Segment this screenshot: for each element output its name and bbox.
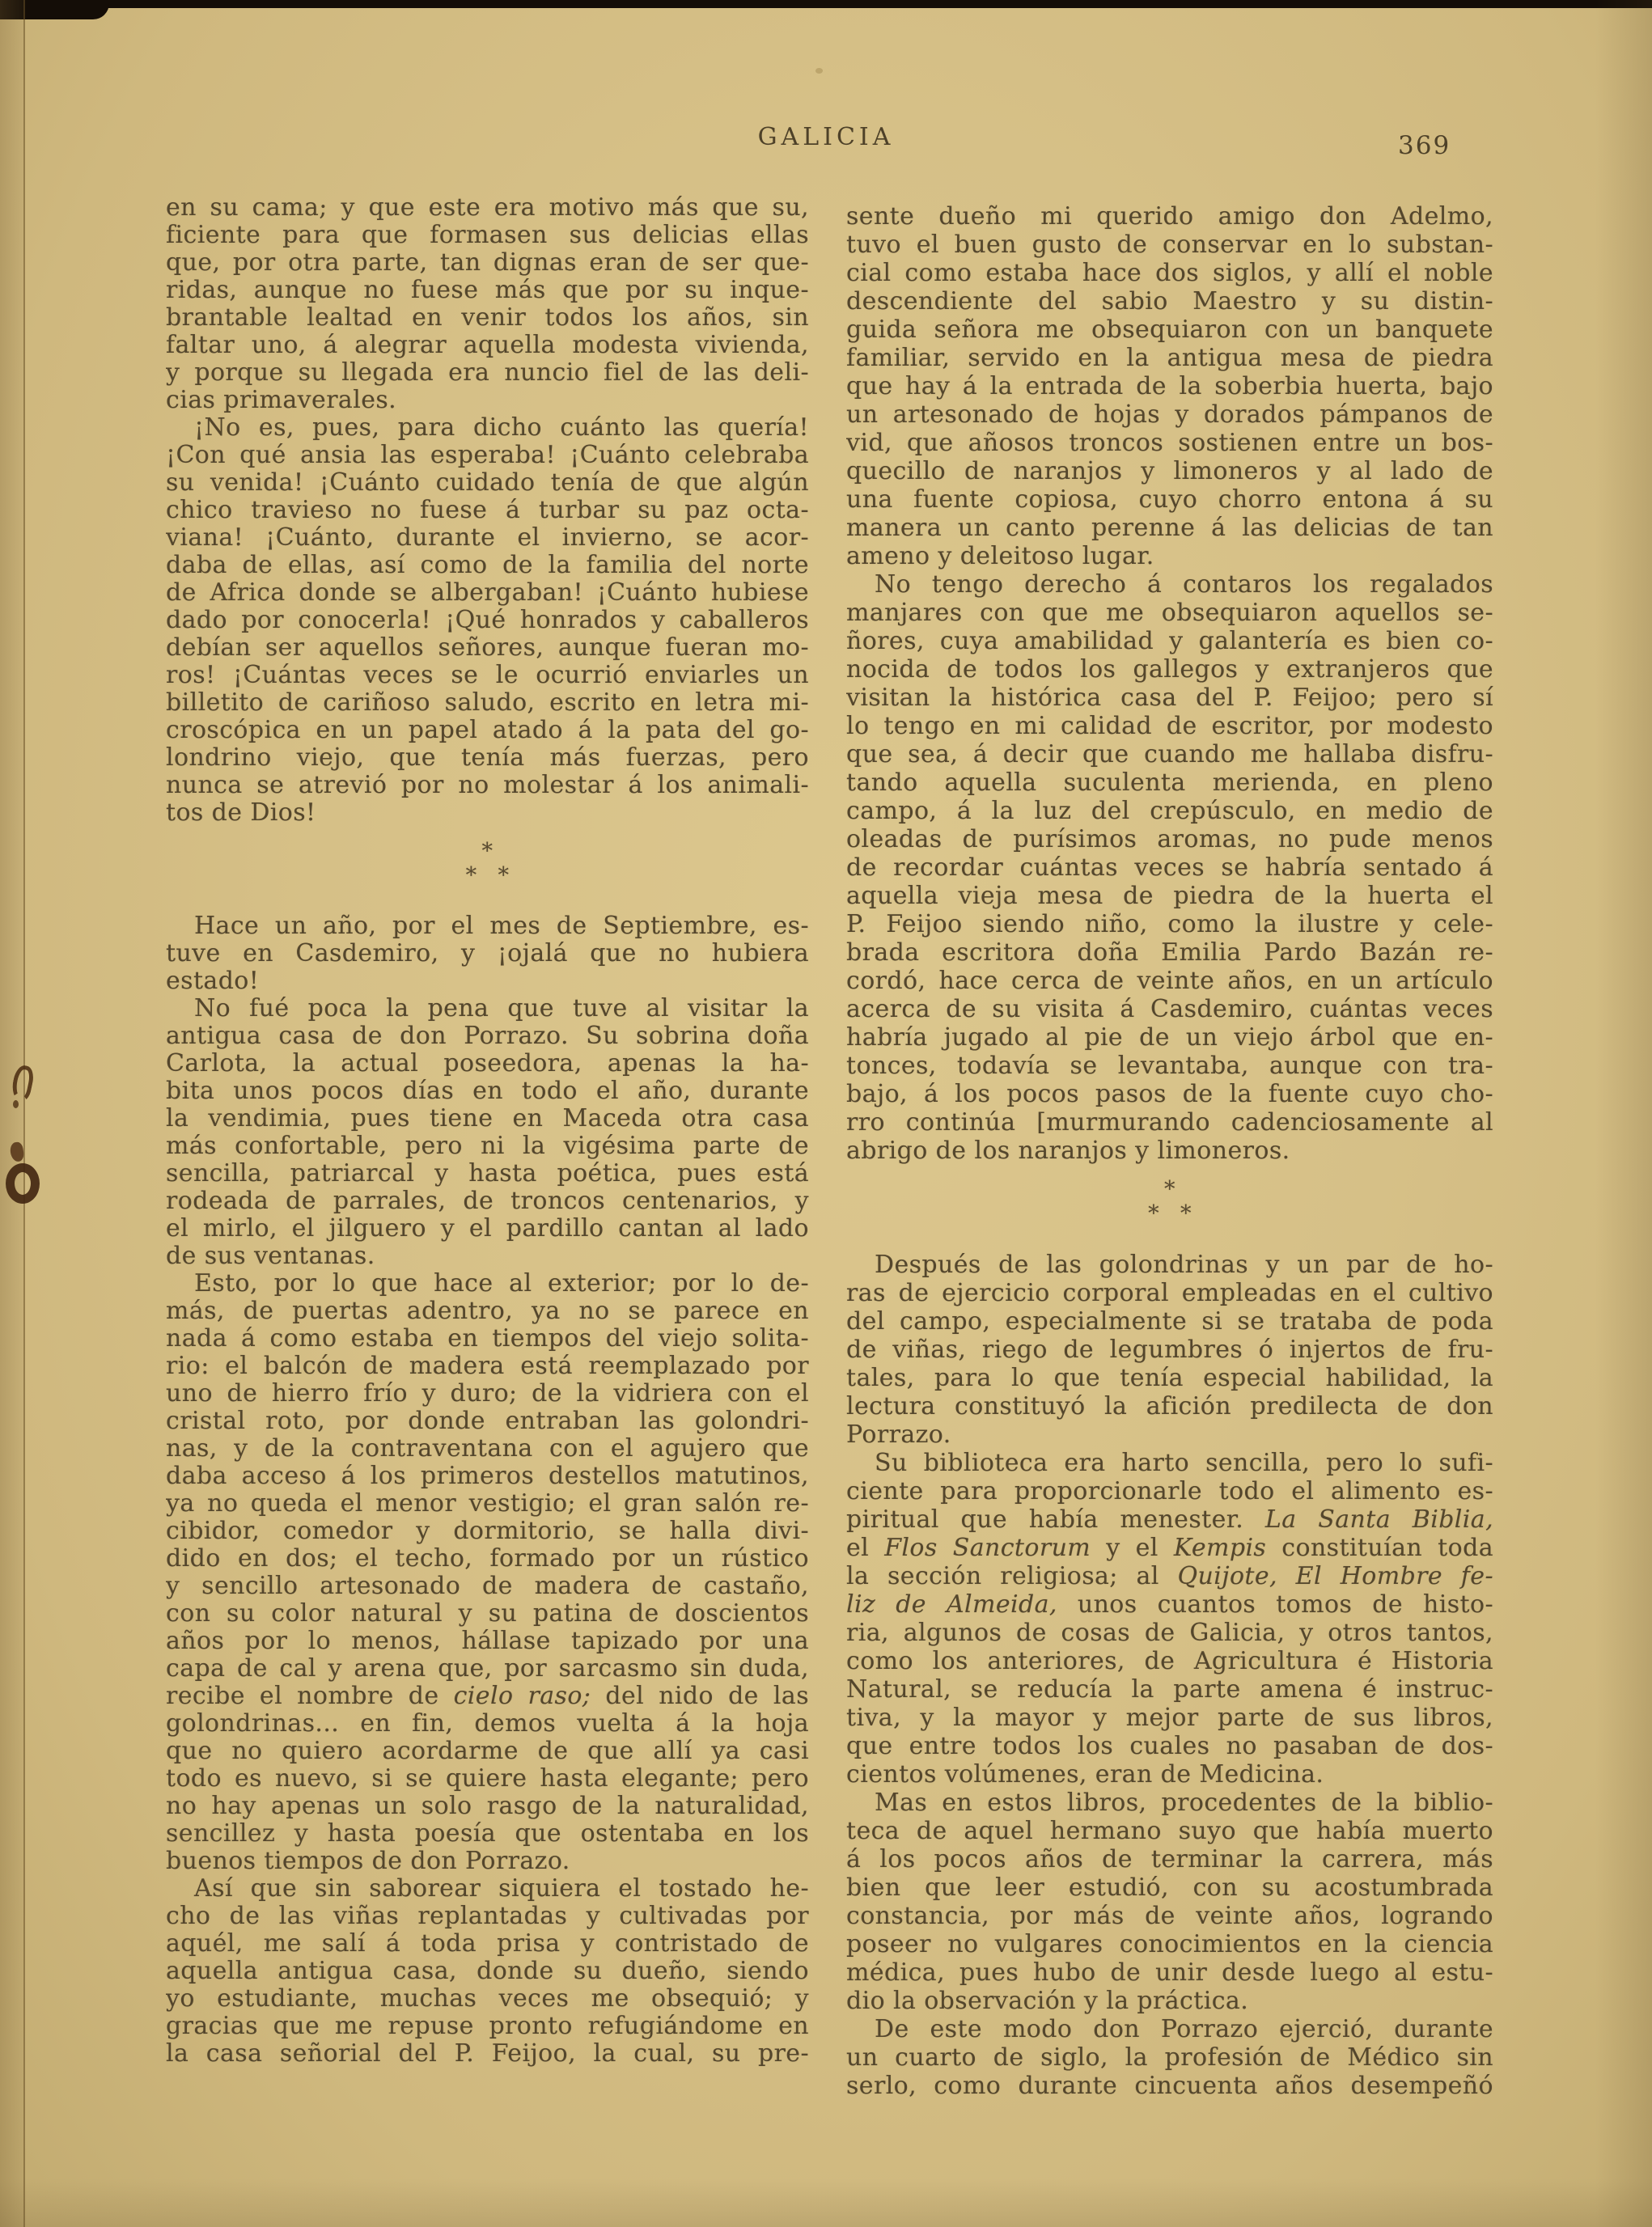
asterisk-glyph: * [466,865,477,887]
text-line: debían ser aquellos señores, aunque fuer… [166,634,809,662]
text-line: ¡No es, pues, para dicho cuánto las quer… [166,414,809,442]
text-line: cristal roto, por donde entraban las gol… [166,1408,809,1435]
text-line: que sea, á decir que cuando me hallaba d… [846,740,1493,768]
text-line: que, por otra parte, tan dignas eran de … [166,249,809,277]
text-line: años por lo menos, hállase tapizado por … [166,1628,809,1655]
text-line: oleadas de purísimos aromas, no pude men… [846,825,1493,853]
text-line: rio: el balcón de madera está reemplazad… [166,1353,809,1380]
paragraph: Después de las golondrinas y un par de h… [846,1251,1493,1449]
text-line: ¡Con qué ansia las esperaba! ¡Cuánto cel… [166,442,809,469]
section-separator: *** [846,1165,1493,1251]
text-line: sencilla, patriarcal y hasta poética, pu… [166,1160,809,1188]
text-line: cordó, hace cerca de veinte años, en un … [846,967,1493,995]
text-line: de sus ventanas. [166,1243,809,1270]
text-line: el mirlo, el jilguero y el pardillo cant… [166,1215,809,1243]
text-line: en su cama; y que este era motivo más qu… [166,194,809,222]
text-line: Hace un año, por el mes de Septiembre, e… [166,912,809,940]
text-line: sente dueño mi querido amigo don Adelmo, [846,202,1493,231]
text-line: con su color natural y su patina de dosc… [166,1600,809,1628]
text-line: lectura constituyó la afición predilecta… [846,1392,1493,1420]
text-line: todo es nuevo, si se quiere hasta elegan… [166,1765,809,1793]
text-line: ficiente para que formasen sus delicias … [166,222,809,249]
text-line: croscópica en un papel atado á la pata d… [166,717,809,744]
text-line: ria, algunos de cosas de Galicia, y otro… [846,1619,1493,1647]
text-line: No tengo derecho á contaros los regalado… [846,570,1493,599]
text-line: un cuarto de siglo, la profesión de Médi… [846,2043,1493,2072]
paragraph: sente dueño mi querido amigo don Adelmo,… [846,202,1493,570]
section-separator: *** [166,827,809,912]
asterisk-glyph: * [1164,1179,1175,1201]
text-line: ridas, aunque no fuese más que por su in… [166,277,809,304]
text-line: la sección religiosa; al Quijote, El Hom… [846,1562,1493,1590]
text-line: la vendimia, pues tiene en Maceda otra c… [166,1105,809,1133]
text-line: ciente para proporcionarle todo el alime… [846,1477,1493,1505]
text-line: tos de Dios! [166,799,809,827]
text-line: manjares con que me obsequiaron aquellos… [846,599,1493,627]
bottom-edge-shading [0,2178,1652,2227]
text-line: londrino viejo, que tenía más fuerzas, p… [166,744,809,772]
text-line: nunca se atrevió por no molestar á los a… [166,772,809,799]
text-line: estado! [166,967,809,995]
text-line: visitan la histórica casa del P. Feijoo;… [846,684,1493,712]
text-line: poseer no vulgares conocimientos en la c… [846,1930,1493,1958]
paragraph: ¡No es, pues, para dicho cuánto las quer… [166,414,809,827]
text-line: serlo, como durante cincuenta años desem… [846,2072,1493,2100]
text-line: uno de hierro frío y duro; de la vidrier… [166,1380,809,1408]
text-line: De este modo don Porrazo ejerció, durant… [846,2015,1493,2043]
text-line: guida señora me obsequiaron con un banqu… [846,315,1493,344]
text-line: cientos volúmenes, eran de Medicina. [846,1760,1493,1789]
text-line: su venida! ¡Cuánto cuidado tenía de que … [166,469,809,497]
text-line: un artesonado de hojas y dorados pámpano… [846,400,1493,429]
text-line: dio la observación y la práctica. [846,1987,1493,2015]
text-line: nada á como estaba en tiempos del viejo … [166,1325,809,1353]
text-line: tando aquella suculenta merienda, en ple… [846,768,1493,797]
asterisk-glyph: * [482,840,493,863]
text-line: ameno y deleitoso lugar. [846,542,1493,570]
text-line: dido en dos; el techo, formado por un rú… [166,1545,809,1573]
right-edge-shading [1595,0,1652,2227]
text-line: familiar, servido en la antigua mesa de … [846,344,1493,372]
scan-top-edge [0,0,1652,8]
text-line: del campo, especialmente si se trataba d… [846,1307,1493,1336]
text-line: tuvo el buen gusto de conservar en lo su… [846,231,1493,259]
text-line: recibe el nombre de cielo raso; del nido… [166,1683,809,1710]
page-gutter-shadow [0,0,24,2227]
text-line: acerca de su visita á Casdemiro, cuántas… [846,995,1493,1023]
text-line: aquella vieja mesa de piedra de la huert… [846,882,1493,910]
page-number: 369 [1398,131,1451,160]
text-line: Natural, se reducía la parte amena é ins… [846,1675,1493,1704]
text-line: más, de puertas adentro, ya no se parece… [166,1298,809,1325]
text-line: capa de cal y arena que, por sarcasmo si… [166,1655,809,1683]
paragraph: Su biblioteca era harto sencilla, pero l… [846,1449,1493,1789]
text-line: que hay á la entrada de la soberbia huer… [846,372,1493,400]
text-line: antigua casa de don Porrazo. Su sobrina … [166,1022,809,1050]
text-line: P. Feijoo siendo niño, como la ilustre y… [846,910,1493,938]
text-line: manera un canto perenne á las delicias d… [846,514,1493,542]
paper-speck [815,68,823,74]
text-line: billetito de cariñoso saludo, escrito en… [166,689,809,717]
text-line: buenos tiempos de don Porrazo. [166,1848,809,1875]
text-line: cial como estaba hace dos siglos, y allí… [846,259,1493,287]
paragraph: Así que sin saborear siquiera el tostado… [166,1875,809,2068]
paragraph: De este modo don Porrazo ejerció, durant… [846,2015,1493,2100]
text-line: tuve en Casdemiro, y ¡ojalá que no hubie… [166,940,809,967]
column-left: en su cama; y que este era motivo más qu… [166,194,809,2068]
text-line: bita unos pocos días en todo el año, dur… [166,1078,809,1105]
text-line: Carlota, la actual poseedora, apenas la … [166,1050,809,1078]
text-line: vid, que añosos troncos sostienen entre … [846,429,1493,457]
text-line: cho de las viñas replantadas y cultivada… [166,1903,809,1930]
text-line: No fué poca la pena que tuve al visitar … [166,995,809,1022]
text-line: habría jugado al pie de un viejo árbol q… [846,1023,1493,1052]
text-line: chico travieso no fuese á turbar su paz … [166,497,809,524]
text-line: Así que sin saborear siquiera el tostado… [166,1875,809,1903]
text-line: yo estudiante, muchas veces me obsequió;… [166,1985,809,2013]
text-line: liz de Almeida, unos cuantos tomos de hi… [846,1590,1493,1619]
text-line: teca de aquel hermano suyo que había mue… [846,1817,1493,1845]
text-line: ras de ejercicio corporal empleadas en e… [846,1279,1493,1307]
text-line: campo, á la luz del crepúsculo, en medio… [846,797,1493,825]
asterisk-glyph: * [1148,1203,1159,1226]
text-line: y porque su llegada era nuncio fiel de l… [166,359,809,387]
text-line: viana! ¡Cuánto, durante el invierno, se … [166,524,809,552]
text-line: quecillo de naranjos y limoneros y al la… [846,457,1493,485]
text-line: de Africa donde se albergaban! ¡Cuánto h… [166,579,809,607]
text-line: brantable lealtad en venir todos los año… [166,304,809,332]
text-line: como los anteriores, de Agricultura é Hi… [846,1647,1493,1675]
text-line: de recordar cuántas veces se habría sent… [846,853,1493,882]
text-line: aquél, me salí á toda prisa y contristad… [166,1930,809,1958]
paragraph: No fué poca la pena que tuve al visitar … [166,995,809,1270]
text-line: rro continúa [murmurando cadenciosamente… [846,1108,1493,1137]
ink-blot [13,1100,19,1108]
paragraph: No tengo derecho á contaros los regalado… [846,570,1493,1165]
text-line: de viñas, riego de legumbres ó injertos … [846,1336,1493,1364]
text-line: rodeada de parrales, de troncos centenar… [166,1188,809,1215]
text-line: no hay apenas un solo rasgo de la natura… [166,1793,809,1820]
text-line: ros! ¡Cuántas veces se le ocurrió enviar… [166,662,809,689]
text-line: lo tengo en mi calidad de escritor, por … [846,712,1493,740]
text-line: á los pocos años de terminar la carrera,… [846,1845,1493,1873]
text-line: ñores, cuya amabilidad y galantería es b… [846,627,1493,655]
text-line: ya no queda el menor vestigio; el gran s… [166,1490,809,1518]
text-line: bajo, á los pocos pasos de la fuente cuy… [846,1080,1493,1108]
text-line: daba de ellas, así como de la familia de… [166,552,809,579]
text-line: nas, y de la contraventana con el agujer… [166,1435,809,1463]
column-right: sente dueño mi querido amigo don Adelmo,… [846,202,1493,2100]
paragraph: Hace un año, por el mes de Septiembre, e… [166,912,809,995]
paragraph: Mas en estos libros, procedentes de la b… [846,1789,1493,2015]
text-line: más confortable, pero ni la vigésima par… [166,1133,809,1160]
text-line: Su biblioteca era harto sencilla, pero l… [846,1449,1493,1477]
text-line: tiva, y la mayor y mejor parte de sus li… [846,1704,1493,1732]
text-line: abrigo de los naranjos y limoneros. [846,1137,1493,1165]
text-line: cibidor, comedor y dormitorio, se halla … [166,1518,809,1545]
text-line: descendiente del sabio Maestro y su dist… [846,287,1493,315]
text-line: Después de las golondrinas y un par de h… [846,1251,1493,1279]
text-line: piritual que había menester. La Santa Bi… [846,1505,1493,1534]
ink-blot [6,1163,40,1204]
text-line: una fuente copiosa, cuyo chorro entona á… [846,485,1493,514]
asterisk-glyph: * [498,865,510,887]
text-line: Mas en estos libros, procedentes de la b… [846,1789,1493,1817]
text-line: Porrazo. [846,1420,1493,1449]
paragraph: en su cama; y que este era motivo más qu… [166,194,809,414]
text-line: bien que leer estudió, con su acostumbra… [846,1873,1493,1902]
page-crease-line [23,0,25,2227]
paragraph: Esto, por lo que hace al exterior; por l… [166,1270,809,1875]
text-line: tales, para lo que tenía especial habili… [846,1364,1493,1392]
text-line: faltar uno, á alegrar aquella modesta vi… [166,332,809,359]
text-line: que no quiero acordarme de que allí ya c… [166,1738,809,1765]
text-line: la casa señorial del P. Feijoo, la cual,… [166,2040,809,2068]
text-line: cias primaverales. [166,387,809,414]
text-line: constancia, por más de veinte años, logr… [846,1902,1493,1930]
asterisk-glyph: * [1180,1203,1192,1226]
text-line: sencillez y hasta poesía que ostentaba e… [166,1820,809,1848]
text-line: el Flos Sanctorum y el Kempis constituía… [846,1534,1493,1562]
text-line: gracias que me repuse pronto refugiándom… [166,2013,809,2040]
text-line: brada escritora doña Emilia Pardo Bazán … [846,938,1493,967]
text-line: nocida de todos los gallegos y extranjer… [846,655,1493,684]
text-line: aquella antigua casa, donde su dueño, si… [166,1958,809,1985]
text-line: dado por conocerla! ¡Qué honrados y caba… [166,607,809,634]
text-line: golondrinas... en fin, demos vuelta á la… [166,1710,809,1738]
text-line: Esto, por lo que hace al exterior; por l… [166,1270,809,1298]
text-line: tonces, todavía se levantaba, aunque con… [846,1052,1493,1080]
text-line: que entre todos los cuales no pasaban de… [846,1732,1493,1760]
text-line: daba acceso á los primeros destellos mat… [166,1463,809,1490]
text-line: y sencillo artesonado de madera de casta… [166,1573,809,1600]
text-line: médica, pues hubo de unir desde luego al… [846,1958,1493,1987]
